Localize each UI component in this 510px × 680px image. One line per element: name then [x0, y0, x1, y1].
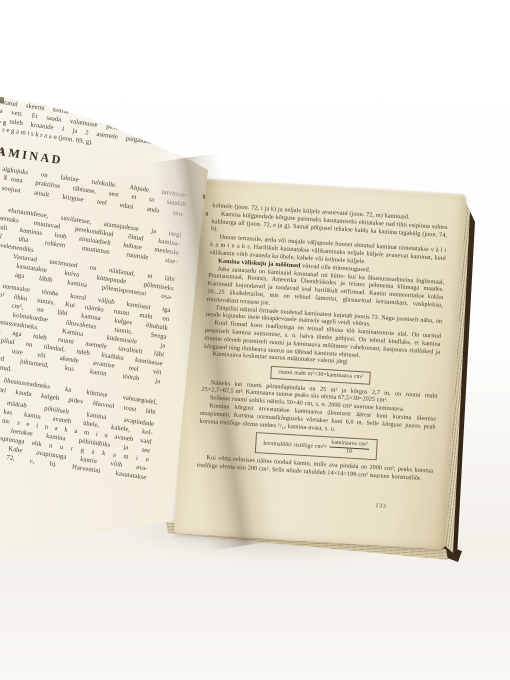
book-photo: kolmele (joon. 72, i ja k) ja neljale kü…	[0, 0, 510, 680]
stitch-mark	[206, 212, 209, 216]
right-page: kolmele (joon. 72, i ja k) ja neljale kü…	[174, 178, 467, 550]
spine-edge-mark	[3, 121, 6, 126]
paragraph: Kui võtta eelmises näites toodud kamin, …	[197, 454, 434, 484]
right-page-text: kolmele (joon. 72, i ja k) ja neljale kü…	[174, 178, 467, 550]
formula-box: ruumi maht m³×30=kaminaava cm²	[270, 366, 371, 384]
spine-edge-mark	[4, 175, 7, 180]
formula-box: korstnalõõri ristlõige cm²=kaminaava cm²…	[255, 432, 378, 460]
spine-edge-mark	[0, 97, 4, 103]
left-page-text: kujutatud skeemi korral saadakse kraanid…	[0, 97, 197, 483]
spine-edge-mark	[1, 149, 4, 155]
